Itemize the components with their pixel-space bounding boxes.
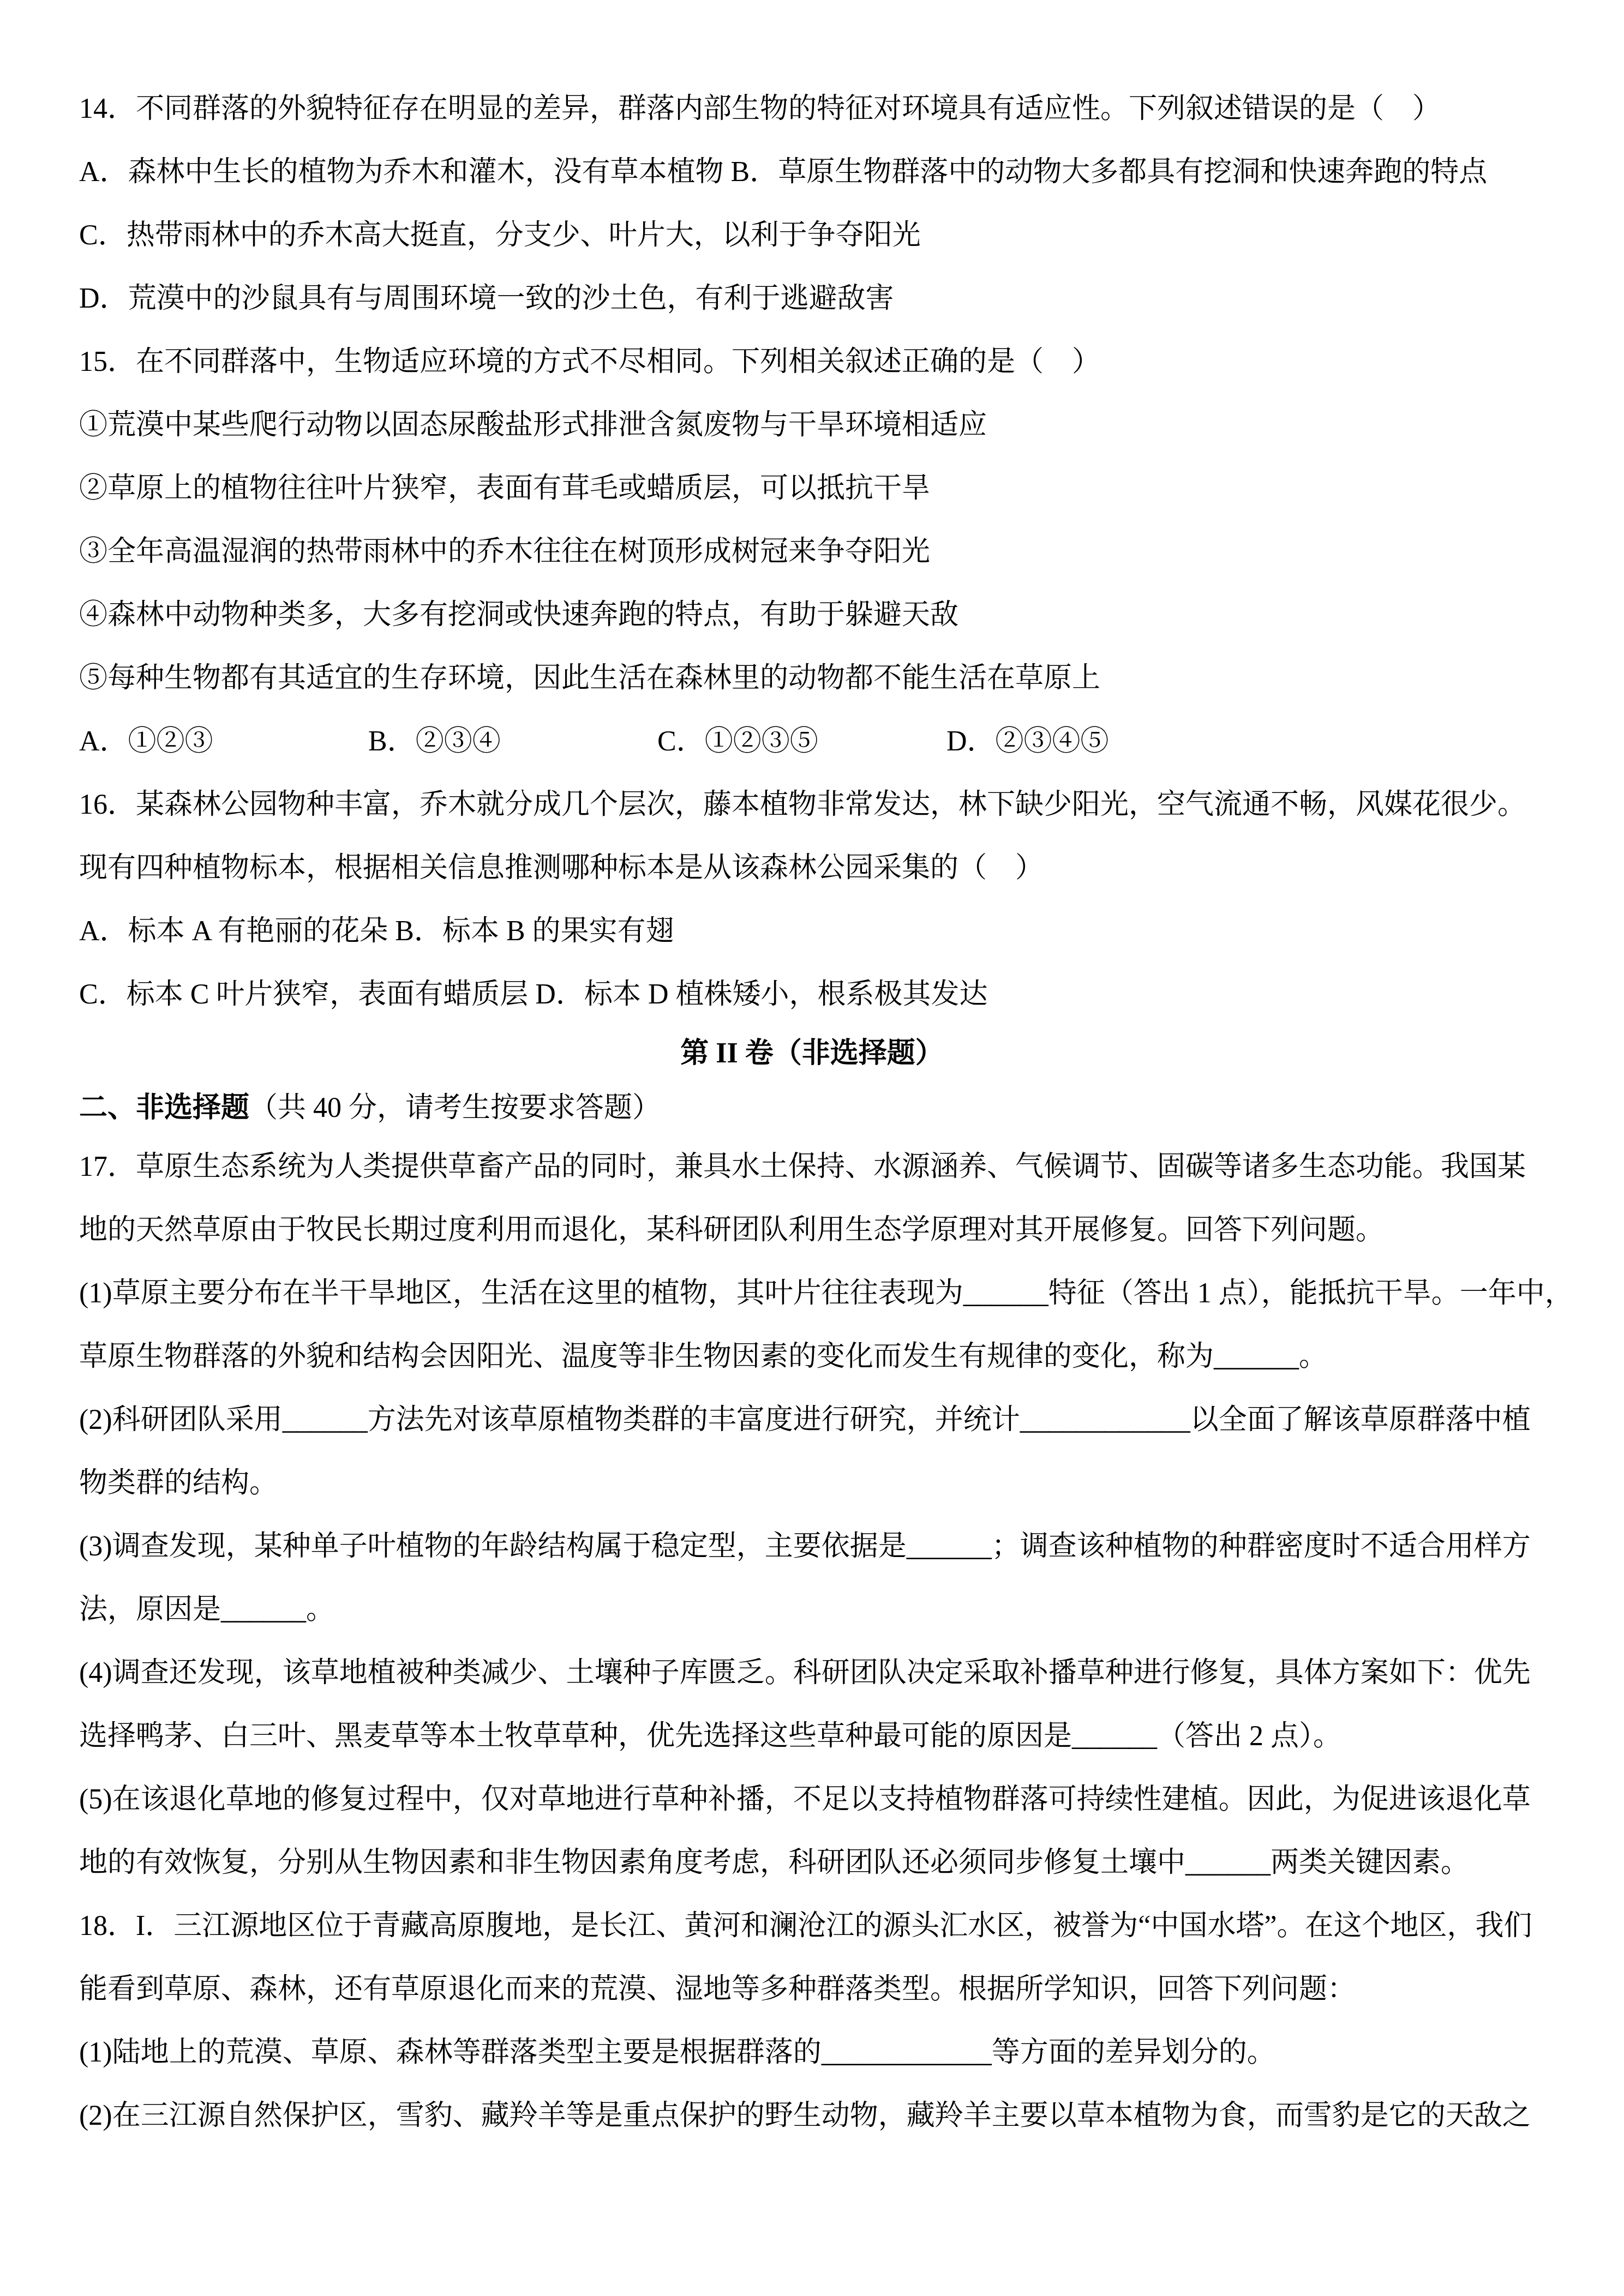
q15-item-1: ①荒漠中某些爬行动物以固态尿酸盐形式排泄含氮废物与干旱环境相适应 <box>79 394 1545 457</box>
q15-option-a: A．①②③ <box>79 710 368 773</box>
part2-title: 第 II 卷（非选择题） <box>79 1026 1545 1081</box>
part2-section-label: 二、非选择题 <box>79 1092 249 1123</box>
q17-sub1-line2: 草原生物群落的外貌和结构会因阳光、温度等非生物因素的变化而发生有规律的变化，称为… <box>79 1325 1545 1389</box>
q17-sub1-line1: (1)草原主要分布在半干旱地区，生活在这里的植物，其叶片往往表现为______特… <box>79 1262 1545 1325</box>
q16-stem-line1: 16．某森林公园物种丰富，乔木就分成几个层次，藤本植物非常发达，林下缺少阳光，空… <box>79 773 1545 837</box>
exam-paper-page: 14．不同群落的外貌特征存在明显的差异，群落内部生物的特征对环境具有适应性。下列… <box>0 0 1624 2296</box>
q17-sub2-line2: 物类群的结构。 <box>79 1452 1545 1515</box>
q17-sub4-line2: 选择鸭茅、白三叶、黑麦草等本土牧草草种，优先选择这些草种最可能的原因是_____… <box>79 1705 1545 1768</box>
q14-option-c: C．热带雨林中的乔木高大挺直，分支少、叶片大，以利于争夺阳光 <box>79 204 1545 267</box>
q17-sub5-line1: (5)在该退化草地的修复过程中，仅对草地进行草种补播，不足以支持植物群落可持续性… <box>79 1768 1545 1831</box>
q17-sub5-line2: 地的有效恢复，分别从生物因素和非生物因素角度考虑，科研团队还必须同步修复土壤中_… <box>79 1831 1545 1895</box>
q15-item-4: ④森林中动物种类多，大多有挖洞或快速奔跑的特点，有助于躲避天敌 <box>79 584 1545 647</box>
part2-section-heading: 二、非选择题（共 40 分，请考生按要求答题） <box>79 1081 1545 1135</box>
q15-item-2: ②草原上的植物往往叶片狭窄，表面有茸毛或蜡质层，可以抵抗干旱 <box>79 457 1545 520</box>
q15-item-5: ⑤每种生物都有其适宜的生存环境，因此生活在森林里的动物都不能生活在草原上 <box>79 647 1545 710</box>
q15-option-b: B．②③④ <box>368 710 657 773</box>
q17-sub3-line2: 法，原因是______。 <box>79 1578 1545 1642</box>
q16-stem-line2: 现有四种植物标本，根据相关信息推测哪种标本是从该森林公园采集的（ ） <box>79 837 1545 900</box>
q18-intro-line1: 18．I．三江源地区位于青藏高原腹地，是长江、黄河和澜沧江的源头汇水区，被誉为“… <box>79 1895 1545 1958</box>
q14-option-d: D．荒漠中的沙鼠具有与周围环境一致的沙土色，有利于逃避敌害 <box>79 267 1545 330</box>
q16-options-cd: C．标本 C 叶片狭窄，表面有蜡质层 D．标本 D 植株矮小，根系极其发达 <box>79 963 1545 1026</box>
q17-sub4-line1: (4)调查还发现，该草地植被种类减少、土壤种子库匮乏。科研团队决定采取补播草种进… <box>79 1642 1545 1705</box>
q18-sub2: (2)在三江源自然保护区，雪豹、藏羚羊等是重点保护的野生动物，藏羚羊主要以草本植… <box>79 2084 1545 2148</box>
q15-option-d: D．②③④⑤ <box>946 710 1109 773</box>
part2-section-note: （共 40 分，请考生按要求答题） <box>249 1092 661 1123</box>
q17-sub2-line1: (2)科研团队采用______方法先对该草原植物类群的丰富度进行研究，并统计__… <box>79 1389 1545 1452</box>
q17-intro-line2: 地的天然草原由于牧民长期过度利用而退化，某科研团队利用生态学原理对其开展修复。回… <box>79 1199 1545 1262</box>
q18-sub1: (1)陆地上的荒漠、草原、森林等群落类型主要是根据群落的____________… <box>79 2021 1545 2084</box>
q17-intro-line1: 17．草原生态系统为人类提供草畜产品的同时，兼具水土保持、水源涵养、气候调节、固… <box>79 1135 1545 1199</box>
q16-options-ab: A．标本 A 有艳丽的花朵 B．标本 B 的果实有翅 <box>79 900 1545 963</box>
q14-stem: 14．不同群落的外貌特征存在明显的差异，群落内部生物的特征对环境具有适应性。下列… <box>79 77 1545 141</box>
q15-option-c: C．①②③⑤ <box>657 710 946 773</box>
q15-options-row: A．①②③B．②③④C．①②③⑤D．②③④⑤ <box>79 710 1545 773</box>
q15-stem: 15．在不同群落中，生物适应环境的方式不尽相同。下列相关叙述正确的是（ ） <box>79 330 1545 394</box>
q17-sub3-line1: (3)调查发现，某种单子叶植物的年龄结构属于稳定型，主要依据是______；调查… <box>79 1515 1545 1578</box>
q18-intro-line2: 能看到草原、森林，还有草原退化而来的荒漠、湿地等多种群落类型。根据所学知识，回答… <box>79 1958 1545 2021</box>
q15-item-3: ③全年高温湿润的热带雨林中的乔木往往在树顶形成树冠来争夺阳光 <box>79 520 1545 584</box>
q14-options-ab: A．森林中生长的植物为乔木和灌木，没有草本植物 B．草原生物群落中的动物大多都具… <box>79 141 1545 204</box>
